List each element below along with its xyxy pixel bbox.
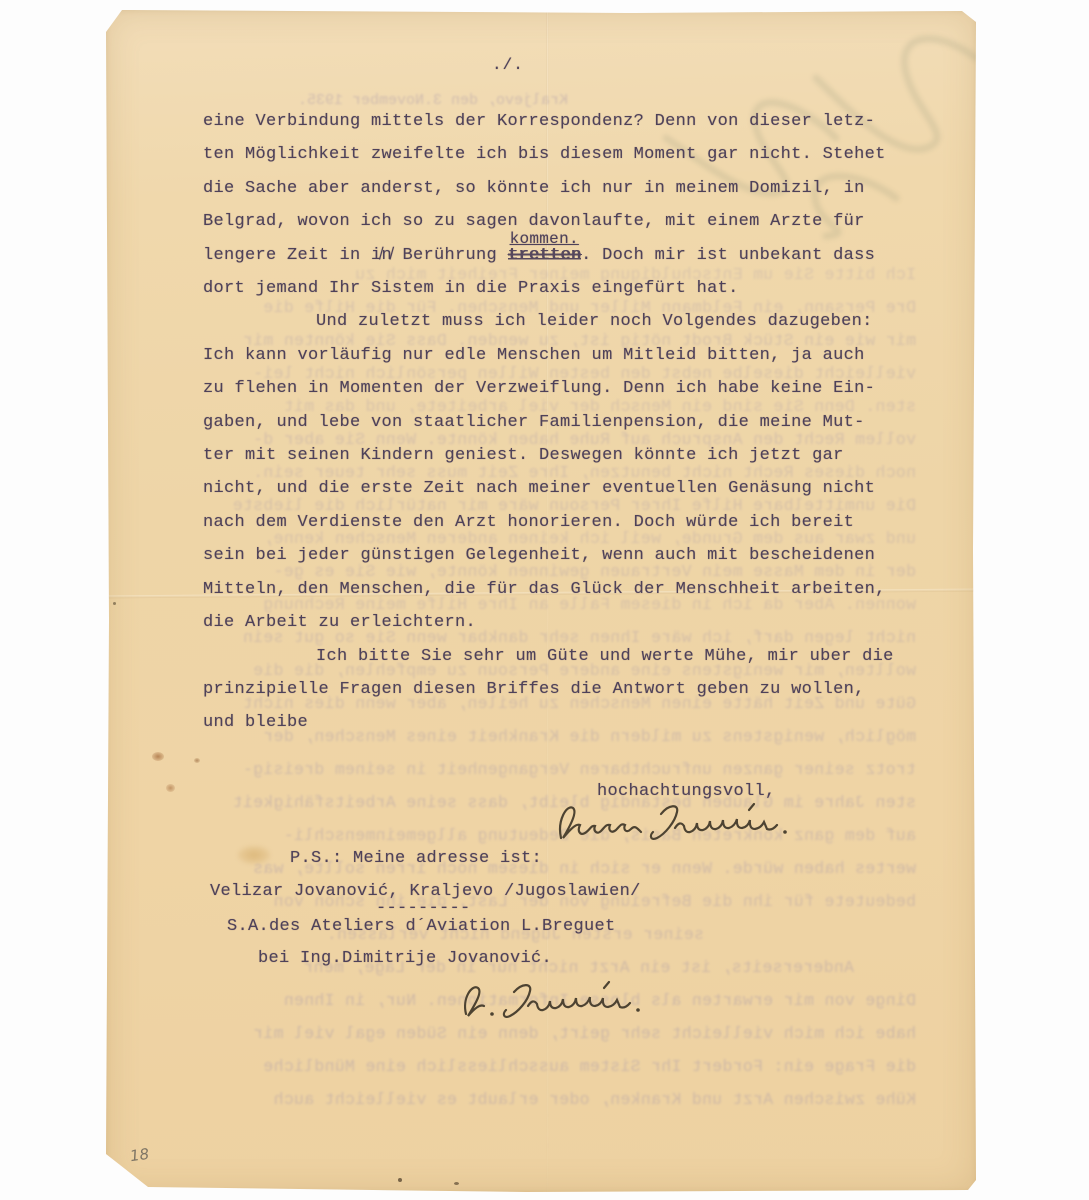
scanned-letter-page: Kraljevo, den 3.November 1935. Ich bitte… xyxy=(0,0,1089,1200)
signature-velizar-jovanovic xyxy=(553,798,813,852)
ps-dashes: --------- xyxy=(376,899,471,918)
ps-label: P.S.: Meine adresse ist: xyxy=(290,849,542,868)
ps-address-line: S.A.des Ateliers d´Aviation L.Breguet xyxy=(227,917,616,936)
paper-sheet: Kraljevo, den 3.November 1935. Ich bitte… xyxy=(106,10,976,1192)
pencil-page-number: 18 xyxy=(129,1145,150,1165)
ps-address-line: bei Ing.Dimitrije Jovanović. xyxy=(258,949,552,968)
signature-v-jovanovic xyxy=(456,978,681,1028)
